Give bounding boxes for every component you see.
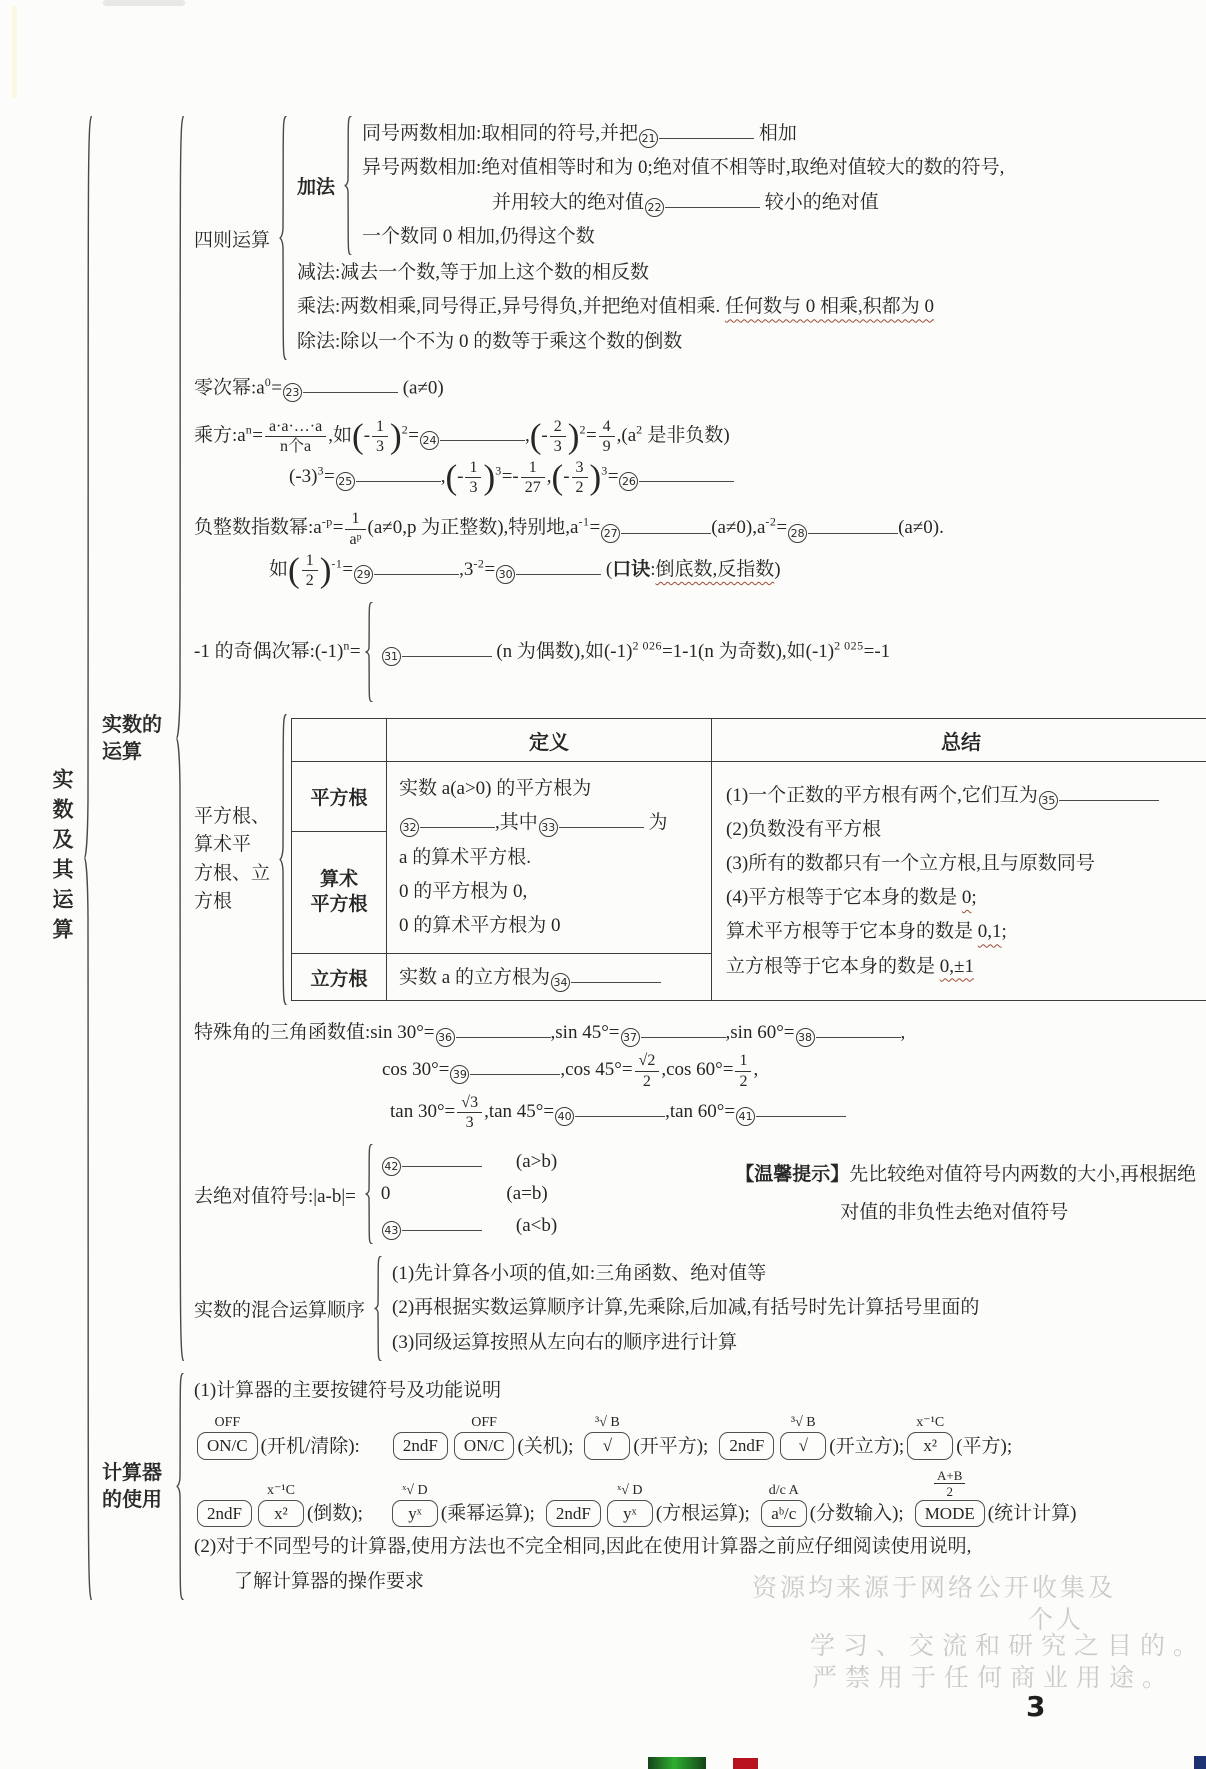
answer-blank [402,1148,482,1167]
answer-blank [456,1019,551,1038]
calc-key: 2ndF [719,1432,774,1460]
text-seg: 立方根等于它本身的数是 [726,956,940,977]
text-seg: -1 的奇偶次幂:(-1) [194,641,343,662]
key-above-fraction: A+B2 [934,1468,965,1500]
circled-number: 22 [645,198,664,217]
circled-number: 23 [283,383,302,402]
text-seg: 零次幂:a [194,377,265,398]
branch-calculator: 计算器 的使用 (1)计算器的主要按键符号及功能说明 OFFON/C(开机/清除… [102,1373,1196,1600]
line-multiplication: 乘法:两数相乘,同号得正,异号得负,并把绝对值相乘. 任何数与 0 相乘,积都为… [297,291,1196,323]
superscript-seg: -2 [473,557,484,571]
item-parity-power: -1 的奇偶次幂:(-1)n=31 (n 为偶数),如(-1)2 026=1-1… [194,602,1196,702]
curly-brace-icon [275,116,289,360]
table-header-definition: 定义 [387,719,712,762]
table-corner-cell [292,719,387,762]
abs-case-eq: 0(a=b) [381,1183,548,1204]
answer-blank [575,1098,665,1117]
text-seg: - [541,425,547,446]
item-roots: 平方根、 算术平 方根、立 方根 定义 总结 [194,714,1196,1005]
knowledge-map: 实数及其运算 实数的 运算 四则运算 [46,116,1196,1600]
curly-brace-icon [340,116,354,255]
circled-number: 36 [436,1028,455,1047]
answer-blank [470,1056,560,1075]
text-seg: (a>b) [516,1151,557,1172]
circled-number: 30 [496,565,515,584]
text-seg: 为 [644,812,668,833]
text-seg: ,其中 [495,812,538,833]
calc-key: 2ndF [393,1432,448,1460]
parity-cases: 31 (n 为偶数),如(-1)2 026=1-1(n 为奇数),如(-1)2 … [361,602,891,702]
text-seg: tan 30°= [390,1101,455,1122]
section-label-calculator: 计算器 的使用 [102,1460,172,1514]
wavy-underlined-text: 0,1 [978,921,1002,942]
line-zero-power: 零次幂:a0=23 (a≠0) [194,372,1196,405]
text-seg: (-3) [289,466,317,487]
curly-brace-icon [361,602,375,702]
text-seg: ,sin 60°= [726,1022,795,1043]
four-operations-label: 四则运算 [194,225,275,252]
warm-tip-line1: 【温馨提示】先比较绝对值符号内两数的大小,再根据绝 [735,1157,1196,1193]
fraction: √33 [457,1093,482,1132]
text-seg: = [324,466,335,487]
text-seg: 实数 a 的立方根为 [399,967,550,988]
text-seg: , [753,1059,758,1080]
answer-blank [808,514,898,533]
scan-artifact [12,6,17,98]
circled-number: 21 [639,129,658,148]
abs-cases: 42(a>b) 0(a=b) 43(a<b) [361,1144,701,1244]
big-paren: ) [390,416,402,455]
curly-brace-icon [370,1256,384,1361]
calculator-content: (1)计算器的主要按键符号及功能说明 OFFON/C(开机/清除):2ndFOF… [186,1373,1196,1600]
abs-case-lt: 43(a<b) [381,1215,557,1236]
text-seg: = [271,377,282,398]
text-seg: - [364,425,370,446]
key-above-label: x⁻¹C [916,1415,944,1432]
text-seg: (倒数); [307,1498,363,1527]
text-seg: 较小的绝对值 [760,192,879,213]
print-mark-red [733,1758,758,1769]
superscript-seg: -1 [578,515,589,529]
calc-key: 2ndF [546,1500,601,1528]
text-seg: 乘方:a [194,425,246,446]
curly-brace-icon [275,714,289,1005]
key-above-label: ˣ√ D [617,1483,642,1500]
calc-key: ON/C [454,1432,515,1460]
addition-label: 加法 [297,172,340,199]
warm-tip-line2: 对值的非负性去绝对值符号 [840,1195,1196,1231]
answer-blank [374,556,459,575]
row-label-arith-square-root: 算术 平方根 [292,832,387,954]
calc-key-group: 2ndF [719,1432,774,1460]
key-above-label: ³√ B [791,1415,816,1432]
section-label-operations: 实数的 运算 [102,712,172,766]
text-seg: = [589,518,600,539]
answer-blank [816,1019,901,1038]
text-seg: (a≠0). [898,518,944,539]
summary-cell: (1)一个正数的平方根有两个,它们互为35 (2)负数没有平方根 (3)所有的数… [712,762,1206,1001]
text-seg: - [563,466,569,487]
calculator-item1-title: (1)计算器的主要按键符号及功能说明 [194,1375,1196,1407]
text-seg: (4)平方根等于它本身的数是 [726,887,962,908]
textbook-page: 实数及其运算 实数的 运算 四则运算 [0,0,1206,1769]
answer-blank [1059,782,1159,801]
fraction: a·a·…·an个a [265,417,326,456]
big-paren: ) [590,458,602,497]
key-above-label: OFF [214,1415,240,1432]
key-above-label: OFF [471,1415,497,1432]
table-header-summary: 总结 [712,719,1206,762]
text-seg: ( [601,559,612,580]
curly-brace-icon [361,1144,375,1244]
text-seg: 乘法:两数相乘,同号得正,异号得负,并把绝对值相乘. [297,296,725,317]
four-ops-brace [275,116,289,360]
roots-label: 平方根、 算术平 方根、立 方根 [194,803,275,917]
text-seg: = [408,425,419,446]
print-mark-green [648,1757,706,1769]
text-seg: (a=b) [506,1183,547,1204]
fraction: 32 [572,458,588,497]
text-seg: = [333,518,344,539]
answer-blank [571,964,661,983]
text-seg: ; [1002,921,1007,942]
parity-lhs: -1 的奇偶次幂:(-1)n= [194,641,361,662]
circled-number: 43 [382,1221,401,1240]
abs-label: 去绝对值符号:|a-b|= [194,1181,361,1208]
circled-number: 37 [621,1028,640,1047]
answer-blank [559,809,644,828]
line-neg-exp-2: 如(12)-1=29,3-2=30 (口诀:倒底数,反指数) [269,551,1196,590]
calc-key-group: A+B2MODE [915,1468,985,1528]
bold-text-seg: 【温馨提示】 [735,1164,849,1185]
text-seg: =1 [662,641,682,662]
text-seg: 相加 [754,123,797,144]
answer-blank [303,374,398,393]
circled-number: 31 [382,647,401,666]
key-above-label: ˣ√ D [402,1483,427,1500]
superscript-seg: -2 [765,515,776,529]
text-seg: ,如 [328,425,352,446]
item-power: 乘方:an=a·a·…·an个a,如(-13)2=24,(-23)2=49,(a… [194,417,1196,498]
text-seg: cos 30°= [382,1059,449,1080]
superscript-seg: 2 026 [632,639,662,653]
addition-content: 同号两数相加:取相同的符号,并把21 相加 异号两数相加:绝对值相等时和为 0;… [354,116,1196,255]
wavy-underlined-text: 0 [962,887,972,908]
text-seg: =-1 [864,641,891,662]
answer-blank [621,514,711,533]
key-above-label: ³√ B [595,1415,620,1432]
calc-key-group: 2ndF [546,1500,601,1528]
text-seg: (1)一个正数的平方根有两个,它们互为 [726,785,1038,806]
answer-blank [756,1098,846,1117]
text-seg: 特殊角的三角函数值:sin 30°= [194,1022,435,1043]
key-above-label: x⁻¹C [267,1483,295,1500]
fraction: 49 [599,417,615,456]
text-seg: (a≠0,p 为正整数),特别地,a [368,518,579,539]
bold-text-seg: 口诀 [612,559,650,580]
line-trig-sin: 特殊角的三角函数值:sin 30°=36,sin 45°=37,sin 60°=… [194,1017,1196,1049]
superscript-seg: -p [322,515,333,529]
calc-key: aᵇ/c [761,1500,807,1528]
circled-number: 34 [551,973,570,992]
branch-addition: 加法 同号两数相加:取相同的符号,并把21 相加 异号两数相加:绝对值相等时和为… [297,116,1196,255]
circled-number: 25 [336,472,355,491]
text-seg: 对值的非负性去绝对值符号 [840,1202,1068,1223]
text-seg: ,3 [459,559,473,580]
calculator-item2-line1: (2)对于不同型号的计算器,使用方法也不完全相同,因此在使用计算器之前应仔细阅读… [194,1531,1196,1563]
circled-number: 41 [736,1107,755,1126]
wavy-underlined-text: 任何数与 0 相乘,积都为 0 [725,296,934,317]
calc-key-group: x⁻¹Cx² [258,1483,304,1527]
calculator-key-row-2: 2ndFx⁻¹Cx²(倒数);ˣ√ Dyˣ(乘幂运算);2ndFˣ√ Dyˣ(方… [194,1468,1196,1528]
text-seg: 算术平方根等于它本身的数是 [726,921,978,942]
cube-root-definition: 实数 a 的立方根为34 [387,954,712,1001]
calc-key-group: ˣ√ Dyˣ [607,1483,653,1527]
circled-number: 33 [539,818,558,837]
circled-number: 39 [450,1065,469,1084]
text-seg: 先比较绝对值符号内两数的大小,再根据绝 [849,1164,1196,1185]
text-seg: , [901,1022,906,1043]
fraction: 12 [735,1051,751,1090]
superscript-seg: -1 [331,557,342,571]
big-paren: ) [568,416,580,455]
item-mixed-operations: 实数的混合运算顺序 (1)先计算各小项的值,如:三角函数、绝对值等 (2)再根据… [194,1256,1196,1361]
calc-key: x² [907,1432,953,1460]
text-seg: = [586,425,597,446]
calc-key-group: 2ndF [197,1500,252,1528]
fraction: 13 [465,458,481,497]
item-absolute-value: 去绝对值符号:|a-b|= 42(a>b) 0(a=b) 43(a<b) [194,1144,1196,1244]
abs-brace [361,1144,375,1244]
watermark-line-4: 严禁用于任何商业用途。 [812,1658,1175,1694]
text-seg: (平方); [956,1431,1012,1460]
big-paren: ( [288,550,300,589]
text-seg: = [342,559,353,580]
line-trig-cos: cos 30°=39,cos 45°=√22,cos 60°=12, [382,1051,1196,1090]
mixed-step-1: (1)先计算各小项的值,如:三角函数、绝对值等 [392,1258,1196,1290]
line-trig-tan: tan 30°=√33,tan 45°=40,tan 60°=41 [390,1093,1196,1132]
root-brace [80,116,94,1600]
answer-blank [665,189,760,208]
text-seg: ,cos 45°= [560,1059,632,1080]
wavy-underlined-text: 倒底数,反指数 [655,559,774,580]
answer-blank [402,1212,482,1231]
curly-brace-icon [172,116,186,1361]
calc-key-group: ³√ B√ [780,1415,826,1459]
circled-number: 29 [354,565,373,584]
calc-key: 2ndF [197,1500,252,1528]
text-seg: = [608,466,619,487]
calc-key: MODE [915,1500,985,1528]
line-subtraction: 减法:减去一个数,等于加上这个数的相反数 [297,257,1196,289]
answer-blank [641,1019,726,1038]
line-neg-exp-1: 负整数指数幂:a-p=1aᵖ(a≠0,p 为正整数),特别地,a-1=27(a≠… [194,509,1196,548]
row-label-cube-root: 立方根 [292,954,387,1001]
calculator-brace [172,1373,186,1600]
circled-number: 38 [796,1028,815,1047]
calc-key-group: OFFON/C [454,1415,515,1459]
big-paren: ( [352,416,364,455]
line-division: 除法:除以一个不为 0 的数等于乘这个数的倒数 [297,326,1196,358]
line-power-2: (-3)3=25,(-13)3=-127,(-32)3=26 [289,458,1196,497]
fraction: 12 [302,551,318,590]
text-seg: (方根运算); [656,1498,750,1527]
parity-brace [361,602,375,702]
mixed-label: 实数的混合运算顺序 [194,1295,370,1322]
text-seg: ,tan 45°= [484,1101,554,1122]
text-seg: 是非负数) [643,425,730,446]
text-seg: 0 [381,1183,391,1204]
text-seg: = [252,425,263,446]
fraction: 23 [550,417,566,456]
text-seg: =- [502,466,519,487]
answer-blank [356,463,441,482]
text-seg: (统计计算) [988,1498,1077,1527]
calc-key: √ [780,1432,826,1460]
answer-blank [440,422,525,441]
text-seg: ,sin 45°= [551,1022,620,1043]
line-addition-zero: 一个数同 0 相加,仍得这个数 [362,221,1196,253]
text-seg: (乘幂运算); [441,1498,535,1527]
circled-number: 40 [555,1107,574,1126]
operations-brace [172,116,186,1361]
line-power-1: 乘方:an=a·a·…·an个a,如(-13)2=24,(-23)2=49,(a… [194,417,1196,456]
roots-brace [275,714,289,1005]
text-seg: (开机/清除): [261,1431,360,1460]
big-paren: ( [530,416,542,455]
text-seg: = [776,518,787,539]
chapter-title: 实数及其运算 [46,768,80,948]
circled-number: 24 [420,431,439,450]
root-content: 实数的 运算 四则运算 加法 [94,116,1196,1600]
circled-number: 26 [619,472,638,491]
mixed-step-2: (2)再根据实数运算顺序计算,先乘除,后加减,有括号时先计算括号里面的 [392,1292,1196,1324]
big-paren: ) [320,550,332,589]
answer-blank [639,463,734,482]
definition-cell: 实数 a(a>0) 的平方根为 32,其中33 为 a 的算术平方根. 0 的平… [387,762,712,954]
superscript-seg: 2 025 [834,639,864,653]
page-number: 3 [1026,1690,1045,1723]
big-paren: ( [445,458,457,497]
calc-key-group: OFFON/C [197,1415,258,1459]
watermark-line-1: 资源均来源于网络公开收集及 [752,1568,1116,1604]
item-negative-exponent: 负整数指数幂:a-p=1aᵖ(a≠0,p 为正整数),特别地,a-1=27(a≠… [194,509,1196,590]
curly-brace-icon [80,116,94,1600]
watermark-line-3: 学习、交流和研究之目的。 [810,1626,1206,1662]
circled-number: 27 [601,524,620,543]
calc-key-group: x⁻¹Cx² [907,1415,953,1459]
text-seg: (a≠0) [398,377,444,398]
circled-number: 42 [382,1157,401,1176]
line-addition-diff-sign: 异号两数相加:绝对值相等时和为 0;绝对值不相等时,取绝对值较大的数的符号, [362,152,1196,184]
branch-operations: 实数的 运算 四则运算 加法 [102,116,1196,1361]
root-branch: 实数及其运算 实数的 运算 四则运算 [46,116,1196,1600]
mixed-brace [370,1256,384,1361]
circled-number: 32 [400,818,419,837]
calc-key-group: d/c Aaᵇ/c [761,1483,807,1527]
text-seg: (分数输入); [810,1498,904,1527]
four-ops-content: 加法 同号两数相加:取相同的符号,并把21 相加 异号两数相加:绝对值相等时和为… [289,116,1196,360]
text-seg: (a<b) [516,1215,557,1236]
text-seg: (开立方); [829,1431,904,1460]
text-seg: ,cos 60°= [661,1059,733,1080]
fraction: √22 [635,1051,660,1090]
calc-key-group: 2ndF [393,1432,448,1460]
text-seg: -1(n 为奇数),如(-1) [682,641,834,662]
text-seg: = [350,641,361,662]
calc-key: √ [584,1432,630,1460]
text-seg: (关机); [517,1431,573,1460]
text-seg: (n 为偶数),如(-1) [492,641,633,662]
calc-key: ON/C [197,1432,258,1460]
parity-odd: -1(n 为奇数),如(-1)2 025=-1 [682,641,890,662]
answer-blank [659,120,754,139]
answer-blank [402,638,492,657]
item-four-operations: 四则运算 加法 同号两数相加:取相同的符号,并把21 相加 异号两数相加:绝对值… [194,116,1196,360]
addition-brace [340,116,354,255]
text-seg: ; [971,887,976,908]
calc-key: x² [258,1500,304,1528]
calc-key: yˣ [392,1500,438,1528]
warm-tip: 【温馨提示】先比较绝对值符号内两数的大小,再根据绝 对值的非负性去绝对值符号 [735,1155,1196,1233]
line-addition-same-sign: 同号两数相加:取相同的符号,并把21 相加 [362,118,1196,150]
text-seg: 同号两数相加:取相同的符号,并把 [362,123,638,144]
fraction: 13 [372,417,388,456]
circled-number: 28 [788,524,807,543]
fraction: 127 [521,458,545,497]
mixed-step-3: (3)同级运算按照从左向右的顺序进行计算 [392,1327,1196,1359]
text-seg: - [457,466,463,487]
wavy-underlined-text: 0,±1 [940,956,974,977]
fraction: 1aᵖ [345,509,365,548]
big-paren: ( [551,458,563,497]
text-seg: (a≠0),a [711,518,765,539]
calculator-key-row-1: OFFON/C(开机/清除):2ndFOFFON/C(关机);³√ B√(开平方… [194,1415,1196,1459]
answer-blank [420,809,495,828]
parity-even: 31 (n 为偶数),如(-1)2 026=1 [381,641,683,662]
text-seg: ,tan 60°= [665,1101,735,1122]
text-seg: 负整数指数幂:a [194,518,322,539]
calc-key-group: ³√ B√ [584,1415,630,1459]
key-above-label: d/c A [769,1483,799,1500]
line-addition-diff-sign-cont: 并用较大的绝对值22 较小的绝对值 [492,187,1196,219]
print-mark-navy [1194,1756,1206,1769]
text-seg: 并用较大的绝对值 [492,192,644,213]
text-seg: = [484,559,495,580]
text-seg: ,(a [617,425,637,446]
text-seg: 如 [269,559,288,580]
calc-key: yˣ [607,1500,653,1528]
scan-artifact [103,0,185,6]
roots-table: 定义 总结 平方根 实数 a(a>0) 的平方根为 32,其中33 为 a 的算… [291,718,1206,1001]
text-seg: (开平方); [633,1431,708,1460]
curly-brace-icon [172,1373,186,1600]
operations-content: 四则运算 加法 同号两数相加:取相同的符号,并把21 相加 异号两数相加:绝对值… [186,116,1196,1361]
answer-blank [516,556,601,575]
row-label-square-root: 平方根 [292,762,387,832]
calc-key-group: ˣ√ Dyˣ [392,1483,438,1527]
abs-case-gt: 42(a>b) [381,1151,557,1172]
item-trig-values: 特殊角的三角函数值:sin 30°=36,sin 45°=37,sin 60°=… [194,1017,1196,1132]
text-seg: ) [774,559,780,580]
big-paren: ) [483,458,495,497]
circled-number: 35 [1039,791,1058,810]
